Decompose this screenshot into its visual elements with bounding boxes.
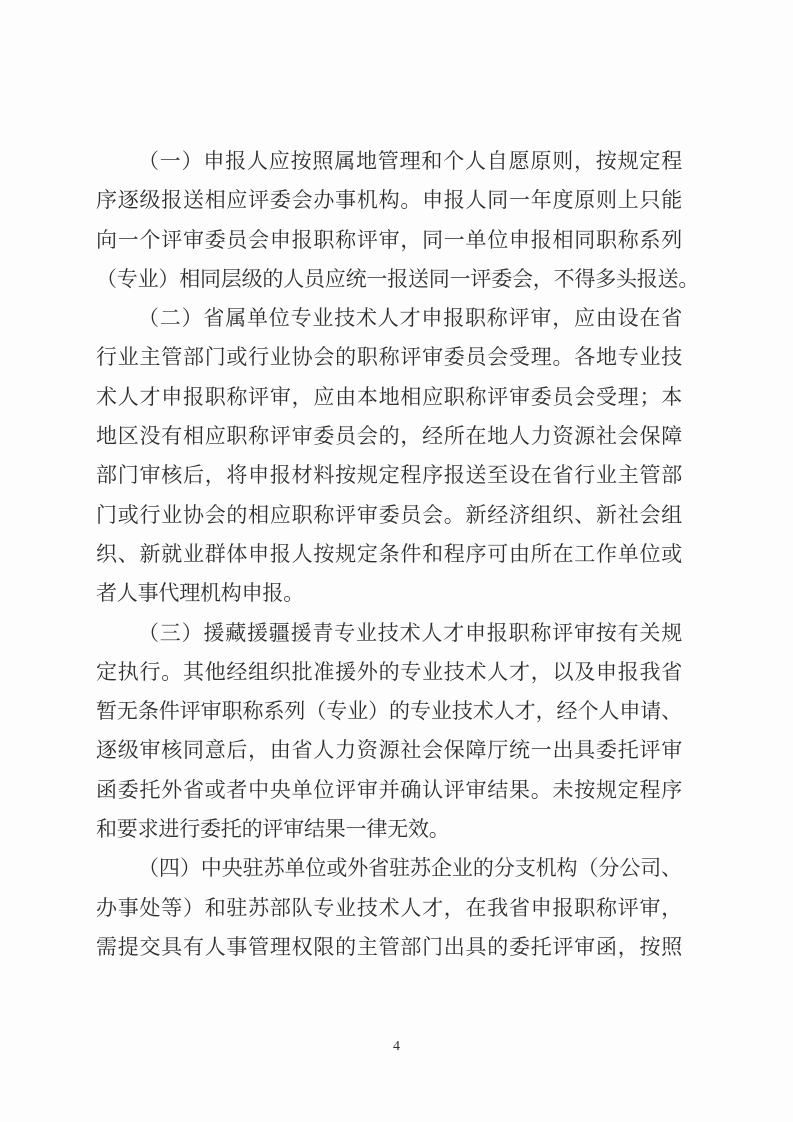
text-line: 行业主管部门或行业协会的职称评审委员会受理。各地专业技 bbox=[96, 338, 682, 377]
text-line: （二）省属单位专业技术人才申报职称评审，应由设在省 bbox=[96, 299, 682, 338]
text-line: （四）中央驻苏单位或外省驻苏企业的分支机构（分公司、 bbox=[96, 849, 682, 888]
text-line: 者人事代理机构申报。 bbox=[96, 574, 682, 613]
text-line: 门或行业协会的相应职称评审委员会。新经济组织、新社会组 bbox=[96, 496, 682, 535]
page-number: 4 bbox=[0, 1038, 793, 1056]
text-line: 需提交具有人事管理权限的主管部门出具的委托评审函，按照 bbox=[96, 928, 682, 967]
text-line: 定执行。其他经组织批准援外的专业技术人才，以及申报我省 bbox=[96, 653, 682, 692]
text-line: 地区没有相应职称评审委员会的，经所在地人力资源社会保障 bbox=[96, 417, 682, 456]
text-line: 术人才申报职称评审，应由本地相应职称评审委员会受理；本 bbox=[96, 378, 682, 417]
text-line: （专业）相同层级的人员应统一报送同一评委会，不得多头报送。 bbox=[96, 260, 682, 299]
paragraph: （四）中央驻苏单位或外省驻苏企业的分支机构（分公司、 办事处等）和驻苏部队专业技… bbox=[96, 849, 682, 967]
paragraph: （三）援藏援疆援青专业技术人才申报职称评审按有关规 定执行。其他经组织批准援外的… bbox=[96, 614, 682, 850]
text-line: 逐级审核同意后，由省人力资源社会保障厅统一出具委托评审 bbox=[96, 731, 682, 770]
paragraph: （一）申报人应按照属地管理和个人自愿原则，按规定程 序逐级报送相应评委会办事机构… bbox=[96, 142, 682, 299]
paragraph: （二）省属单位专业技术人才申报职称评审，应由设在省 行业主管部门或行业协会的职称… bbox=[96, 299, 682, 613]
text-line: 部门审核后，将申报材料按规定程序报送至设在省行业主管部 bbox=[96, 456, 682, 495]
text-line: （三）援藏援疆援青专业技术人才申报职称评审按有关规 bbox=[96, 614, 682, 653]
text-line: 办事处等）和驻苏部队专业技术人才，在我省申报职称评审， bbox=[96, 889, 682, 928]
text-line: （一）申报人应按照属地管理和个人自愿原则，按规定程 bbox=[96, 142, 682, 181]
text-line: 函委托外省或者中央单位评审并确认评审结果。未按规定程序 bbox=[96, 771, 682, 810]
text-line: 向一个评审委员会申报职称评审，同一单位申报相同职称系列 bbox=[96, 221, 682, 260]
text-line: 暂无条件评审职称系列（专业）的专业技术人才，经个人申请、 bbox=[96, 692, 682, 731]
text-line: 和要求进行委托的评审结果一律无效。 bbox=[96, 810, 682, 849]
text-line: 织、新就业群体申报人按规定条件和程序可由所在工作单位或 bbox=[96, 535, 682, 574]
text-line: 序逐级报送相应评委会办事机构。申报人同一年度原则上只能 bbox=[96, 181, 682, 220]
document-body: （一）申报人应按照属地管理和个人自愿原则，按规定程 序逐级报送相应评委会办事机构… bbox=[96, 142, 682, 967]
document-page: （一）申报人应按照属地管理和个人自愿原则，按规定程 序逐级报送相应评委会办事机构… bbox=[0, 0, 793, 1122]
